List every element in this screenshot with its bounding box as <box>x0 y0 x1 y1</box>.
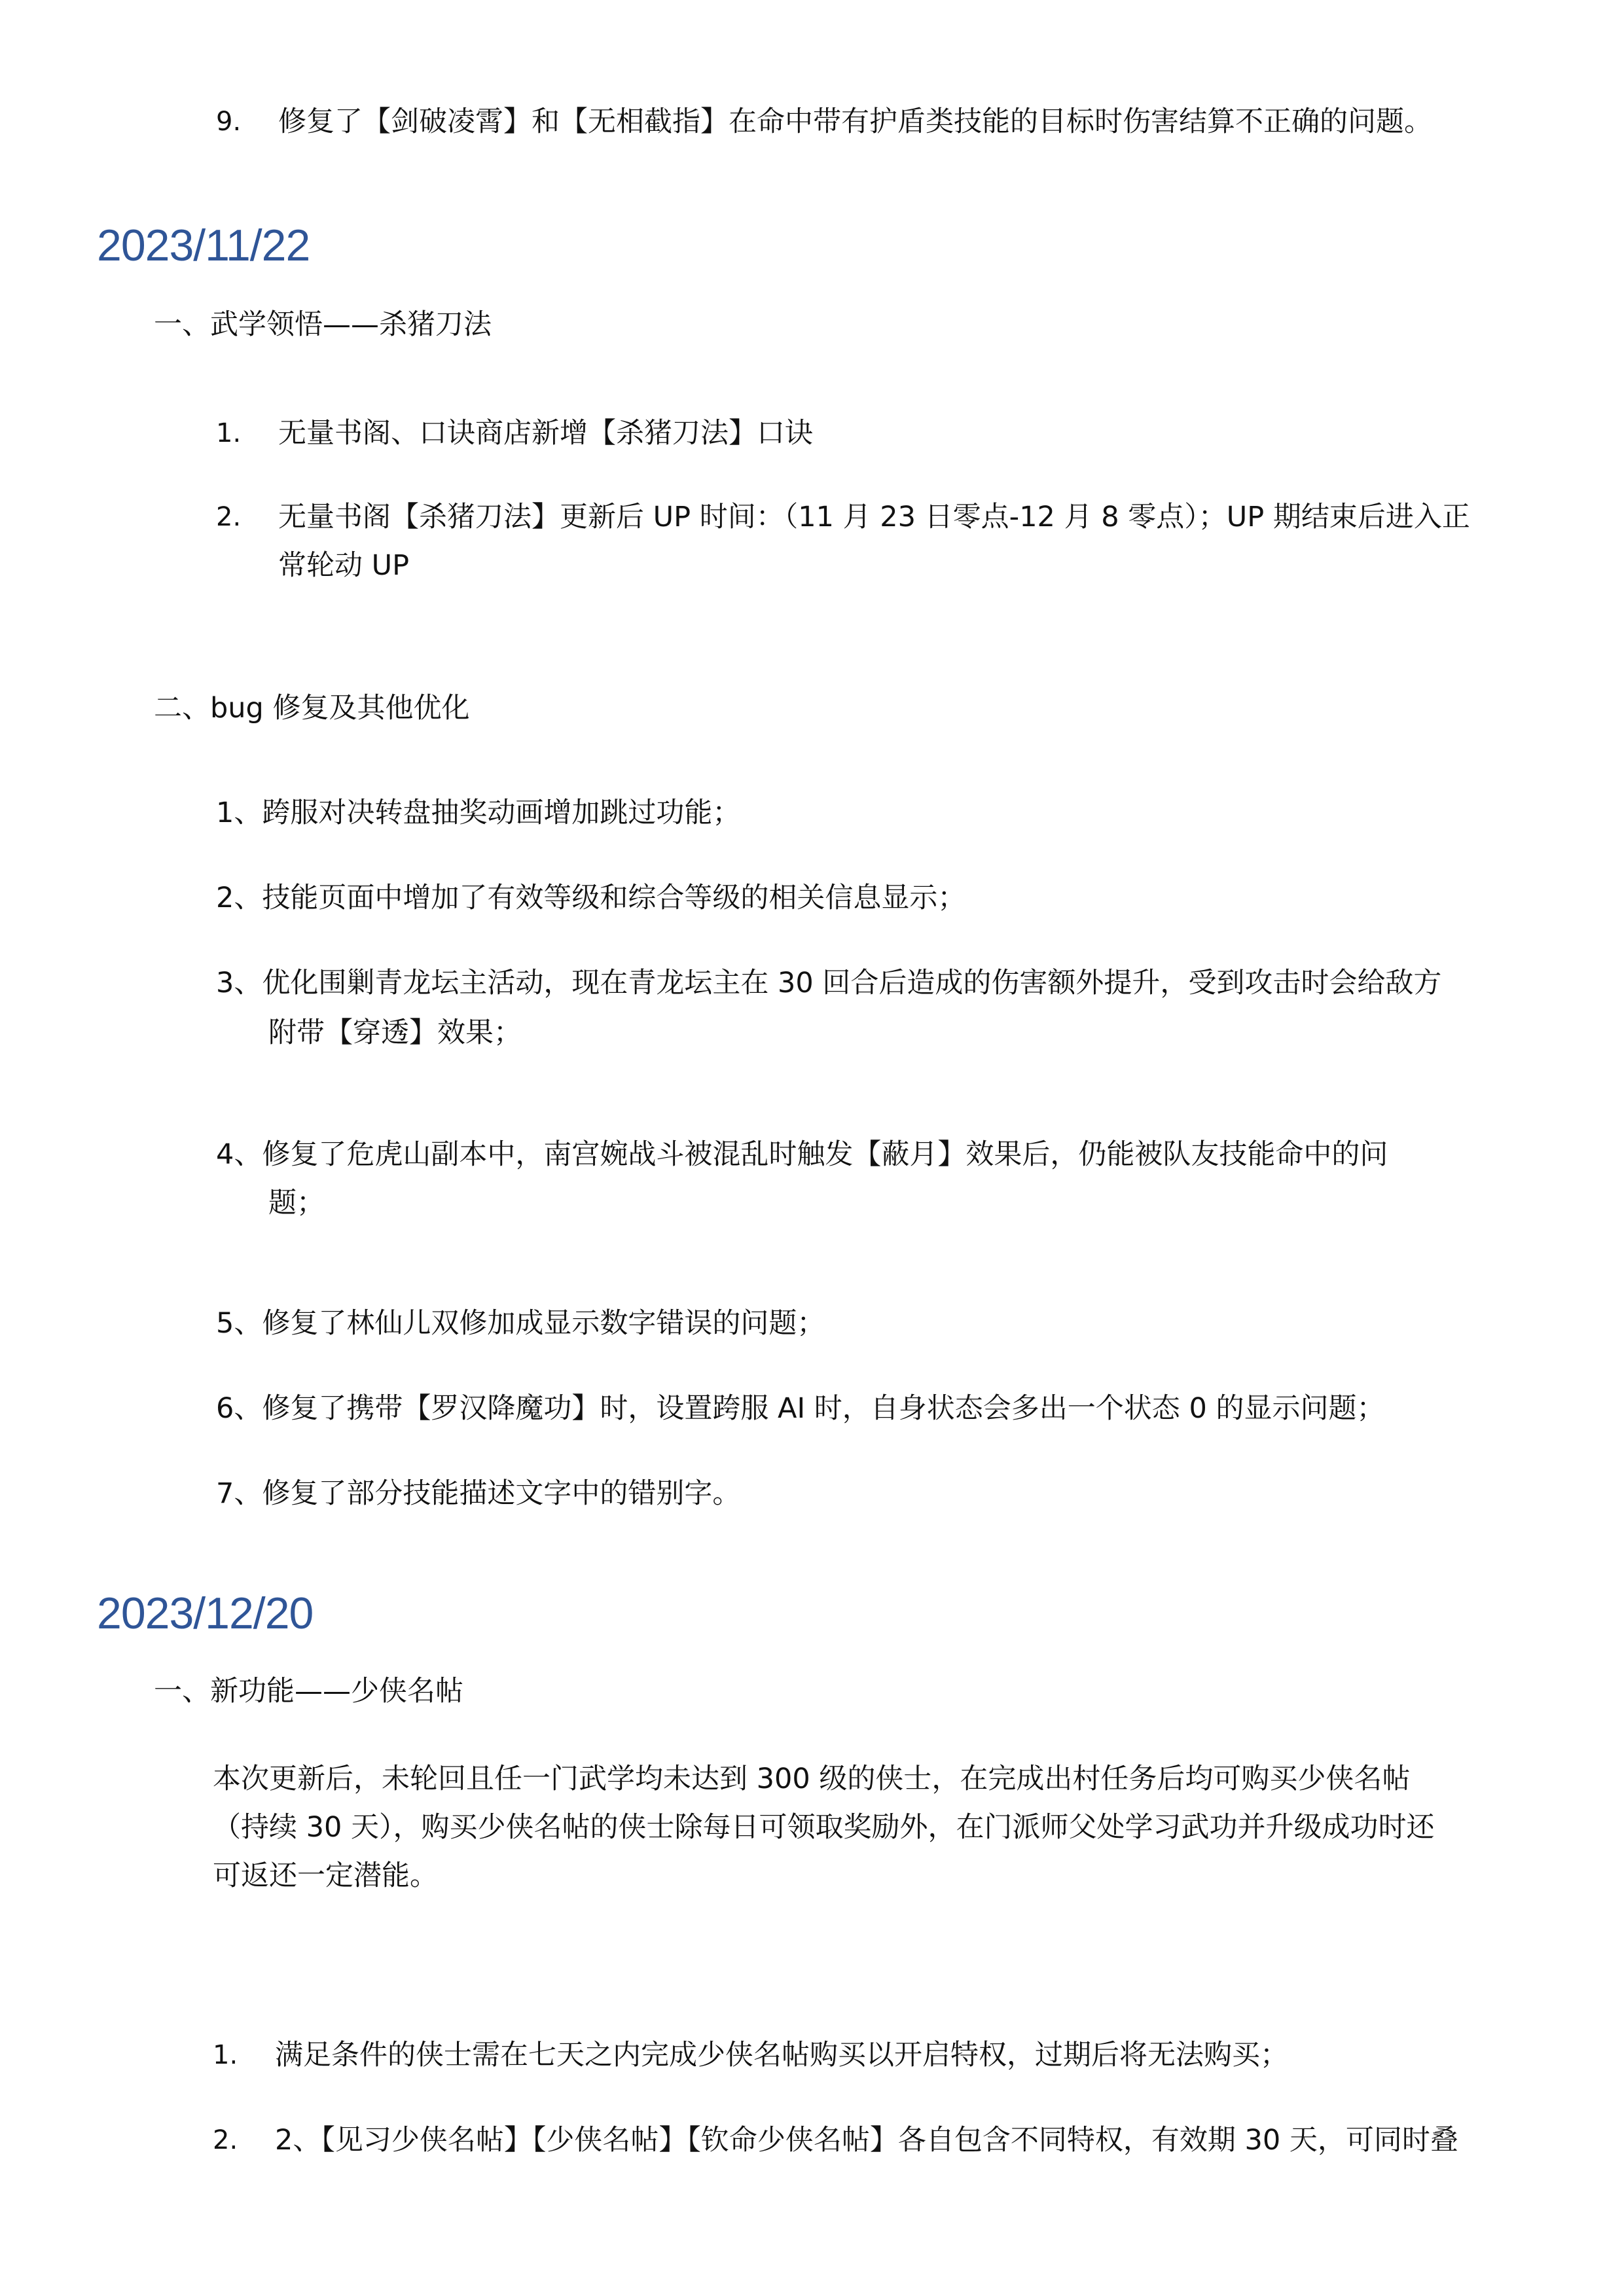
list-item-text: 4、修复了危虎山副本中，南宫婉战斗被混乱时触发【蔽月】效果后，仍能被队友技能命中… <box>216 1130 1388 1179</box>
section-title: 一、新功能——少侠名帖 <box>154 1666 463 1716</box>
date-heading: 2023/12/20 <box>97 1584 313 1643</box>
list-item-text: 1、跨服对决转盘抽奖动画增加跳过功能； <box>216 788 740 838</box>
section-title: 一、武学领悟——杀猪刀法 <box>154 300 492 350</box>
paragraph-line: 本次更新后，未轮回且任一门武学均未达到 300 级的侠士，在完成出村任务后均可购… <box>213 1754 1410 1804</box>
list-item-text: 2、技能页面中增加了有效等级和综合等级的相关信息显示； <box>216 873 965 923</box>
list-item-text-continued: 常轮动 UP <box>278 541 409 590</box>
paragraph-line: 可返还一定潜能。 <box>213 1851 438 1901</box>
list-number: 1. <box>216 408 241 458</box>
list-item-text: 5、修复了林仙儿双修加成显示数字错误的问题； <box>216 1299 825 1348</box>
document-page: 9. 修复了【剑破凌霄】和【无相截指】在命中带有护盾类技能的目标时伤害结算不正确… <box>0 0 1624 2296</box>
list-item-text: 7、修复了部分技能描述文字中的错别字。 <box>216 1469 740 1518</box>
date-heading: 2023/11/22 <box>97 216 310 275</box>
list-item-text-continued: 附带【穿透】效果； <box>268 1008 522 1058</box>
list-item-text: 2、【见习少侠名帖】【少侠名帖】【钦命少侠名帖】各自包含不同特权，有效期 30 … <box>275 2115 1458 2165</box>
list-item-text: 无量书阁、口诀商店新增【杀猪刀法】口诀 <box>278 408 813 458</box>
list-item-text-continued: 题； <box>268 1178 325 1228</box>
list-number: 2. <box>213 2115 238 2165</box>
list-item-text: 修复了【剑破凌霄】和【无相截指】在命中带有护盾类技能的目标时伤害结算不正确的问题… <box>278 97 1432 147</box>
list-number: 1. <box>213 2030 238 2080</box>
list-number: 9. <box>216 97 241 147</box>
section-title: 二、bug 修复及其他优化 <box>154 683 470 733</box>
paragraph-line: （持续 30 天），购买少侠名帖的侠士除每日可领取奖励外，在门派师父处学习武功并… <box>213 1803 1435 1852</box>
list-item-text: 满足条件的侠士需在七天之内完成少侠名帖购买以开启特权，过期后将无法购买； <box>275 2030 1288 2080</box>
list-item-text: 无量书阁【杀猪刀法】更新后 UP 时间：（11 月 23 日零点-12 月 8 … <box>278 492 1470 542</box>
list-item-text: 6、修复了携带【罗汉降魔功】时，设置跨服 AI 时，自身状态会多出一个状态 0 … <box>216 1384 1385 1433</box>
list-number: 2. <box>216 492 241 542</box>
list-item-text: 3、优化围剿青龙坛主活动，现在青龙坛主在 30 回合后造成的伤害额外提升，受到攻… <box>216 958 1441 1008</box>
